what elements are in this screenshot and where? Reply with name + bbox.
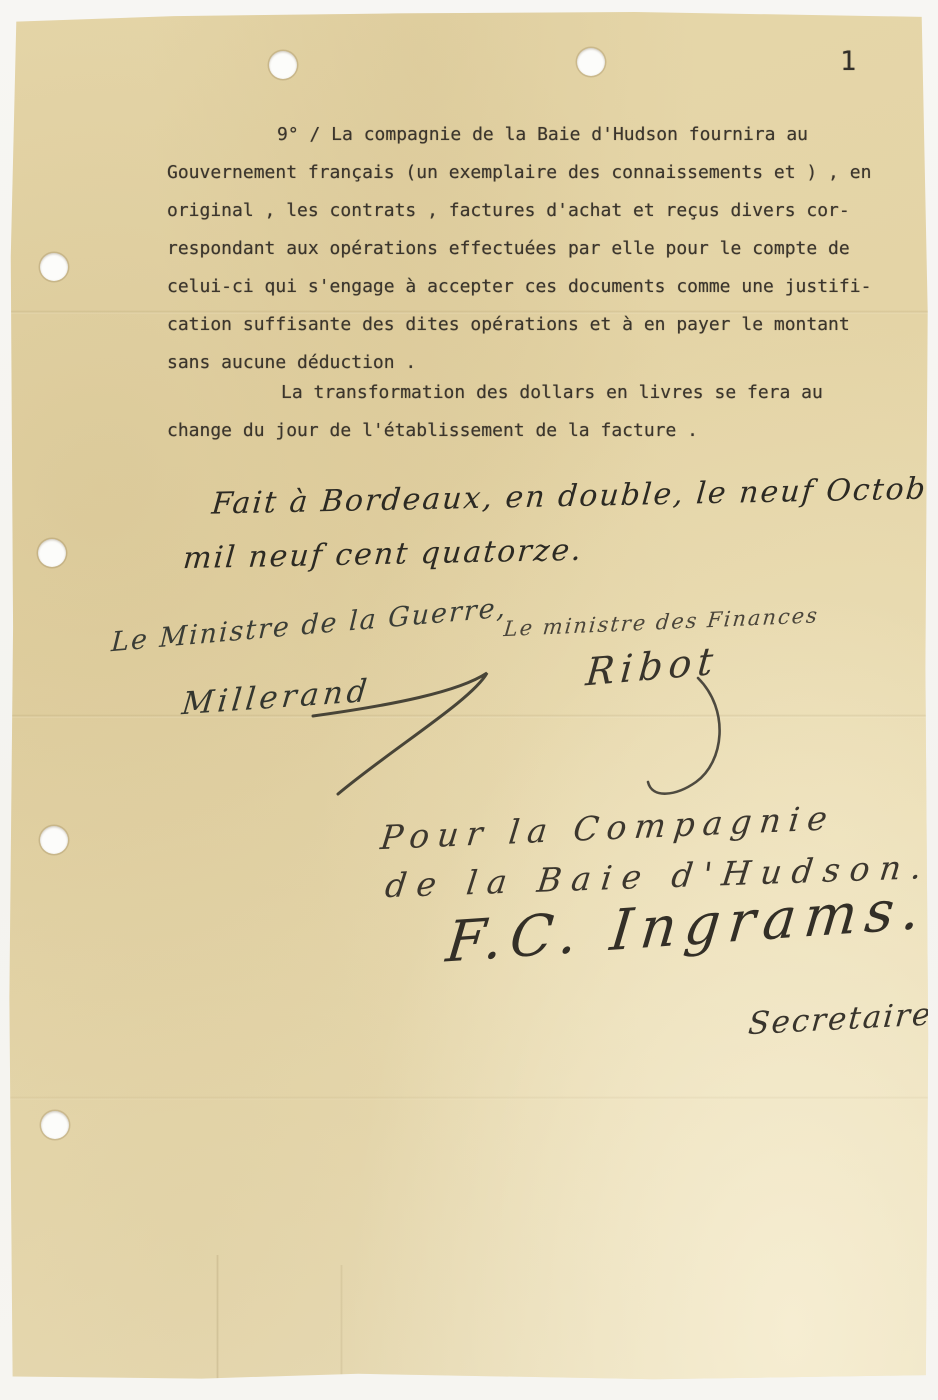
- punch-hole-left-4: [41, 1111, 69, 1139]
- minister-war-title: Le Ministre de la Guerre,: [110, 592, 508, 658]
- typed-line: original , les contrats , factures d'ach…: [167, 192, 907, 230]
- minister-finance-title: Le ministre des Finances: [503, 603, 820, 641]
- punch-hole-top-right: [577, 48, 605, 76]
- company-line-1: Pour la Compagnie: [379, 798, 838, 857]
- handwritten-date: Fait à Bordeaux, en double, le neuf Octo…: [181, 462, 938, 586]
- fold-crease: [8, 714, 930, 718]
- company-signatory-role: Secretaire.: [747, 996, 938, 1042]
- typed-paragraph-1: 9° / La compagnie de la Baie d'Hudson fo…: [167, 116, 907, 382]
- scan-background: 1 9° / La compagnie de la Baie d'Hudson …: [0, 0, 938, 1400]
- typed-line: celui-ci qui s'engage à accepter ces doc…: [167, 268, 907, 306]
- tear-crease: [216, 1255, 219, 1380]
- typed-line: cation suffisante des dites opérations e…: [167, 306, 907, 344]
- fold-crease: [8, 1096, 930, 1100]
- typed-line: Gouvernement français (un exemplaire des…: [167, 154, 907, 192]
- minister-war-signature: Millerand: [180, 673, 372, 723]
- typed-line: change du jour de l'établissement de la …: [167, 412, 907, 450]
- document-page: 1 9° / La compagnie de la Baie d'Hudson …: [8, 10, 930, 1382]
- typed-paragraph-2: La transformation des dollars en livres …: [167, 374, 907, 450]
- punch-hole-left-3: [40, 826, 68, 854]
- page-number: 1: [840, 46, 856, 77]
- punch-hole-left-1: [40, 253, 68, 281]
- minister-finance-signature: Ribot: [584, 638, 721, 694]
- typed-line: La transformation des dollars en livres …: [167, 374, 907, 412]
- punch-hole-left-2: [38, 539, 66, 567]
- ribot-paraph-stroke: [648, 678, 720, 794]
- punch-hole-top-left: [269, 51, 297, 79]
- typed-line: 9° / La compagnie de la Baie d'Hudson fo…: [167, 116, 907, 154]
- tear-crease: [340, 1265, 343, 1380]
- typed-line: respondant aux opérations effectuées par…: [167, 230, 907, 268]
